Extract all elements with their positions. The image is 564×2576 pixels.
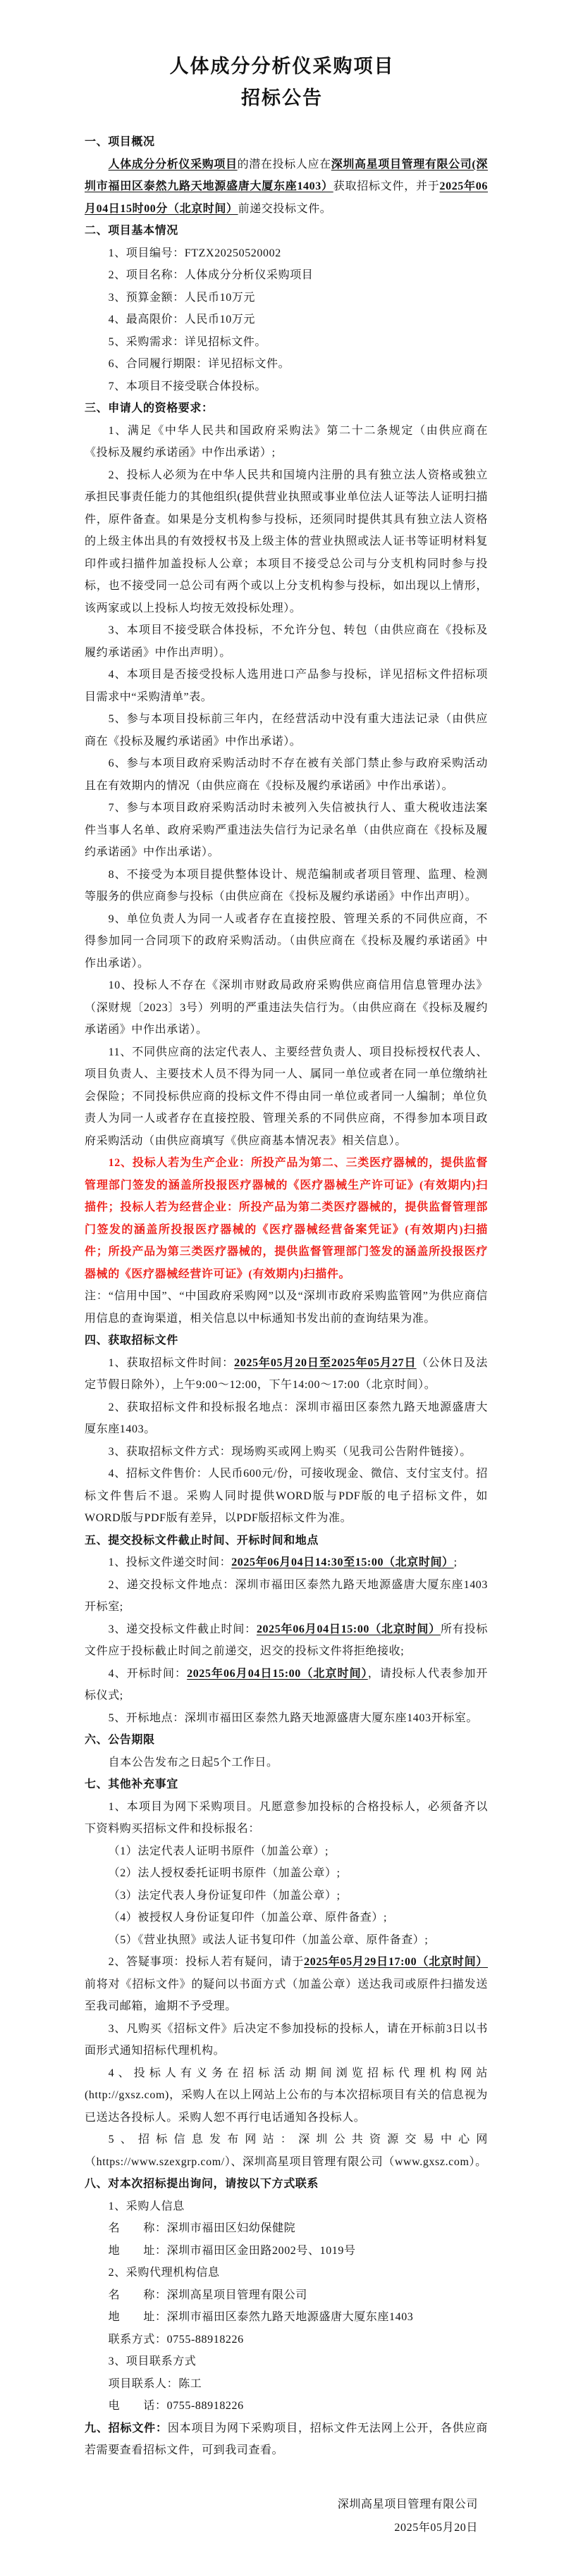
section-4-heading: 四、获取招标文件	[85, 1330, 488, 1352]
list-item: （5）《营业执照》或法人证书复印件（加盖公章、原件备查）;	[85, 1929, 488, 1952]
text-run: 获取招标文件，并于	[333, 180, 440, 192]
signature-block: 深圳高星项目管理有限公司 2025年05月20日	[0, 2493, 564, 2539]
purchaser-name: 名 称：深圳市福田区妇幼保健院	[85, 2217, 488, 2240]
paragraph: 2、投标人必须为在中华人民共和国境内注册的具有独立法人资格或独立承担民事责任能力…	[85, 464, 488, 620]
paragraph: 1、项目编号：FTZX20250520002	[85, 242, 488, 265]
section-2-heading: 二、项目基本情况	[85, 220, 488, 242]
paragraph: 9、单位负责人为同一人或者存在直接控股、管理关系的不同供应商，不得参加同一合同项…	[85, 908, 488, 975]
paragraph: 3、凡购买《招标文件》后决定不参加投标的投标人，请在开标前3日以书面形式通知招标…	[85, 2018, 488, 2062]
document-title: 人体成分分析仪采购项目 招标公告	[0, 0, 564, 114]
paragraph: 3、预算金额：人民币10万元	[85, 287, 488, 309]
text-run: 1、投标文件递交时间：	[109, 1556, 232, 1568]
list-item: （2）法人授权委托证明书原件（加盖公章）;	[85, 1862, 488, 1885]
text-run: 人体成分分析仪采购项目	[109, 159, 238, 171]
paragraph: 2、递交投标文件地点：深圳市福田区泰然九路天地源盛唐大厦东座1403开标室;	[85, 1574, 488, 1618]
text-run: 3、递交投标文件截止时间：	[109, 1623, 257, 1635]
text-run: 前将对《招标文件》的疑问以书面方式（加盖公章）送达我司或原件扫描发送至我司邮箱，…	[85, 1979, 488, 2013]
paragraph: 3、本项目不接受联合体投标，不允许分包、转包（由供应商在《投标及履约承诺函》中作…	[85, 619, 488, 664]
text-run: 前递交投标文件。	[238, 203, 332, 215]
text-run: 2025年06月04日14:30至15:00（北京时间）	[231, 1556, 453, 1568]
paragraph: 1、获取招标文件时间：2025年05月20日至2025年05月27日（公休日及法…	[85, 1352, 488, 1397]
title-line-1: 人体成分分析仪采购项目	[0, 51, 564, 82]
paragraph: 5、招标信息发布网站：深圳公共资源交易中心网（https://www.szexg…	[85, 2129, 488, 2173]
agency-phone: 联系方式：0755-88918226	[85, 2329, 488, 2351]
list-item: （3）法定代表人身份证复印件（加盖公章）;	[85, 1885, 488, 1907]
signature-org: 深圳高星项目管理有限公司	[0, 2493, 478, 2516]
purchaser-address: 地 址：深圳市福田区金田路2002号、1019号	[85, 2240, 488, 2262]
title-line-2: 招标公告	[0, 82, 564, 114]
paragraph: 6、合同履行期限：详见招标文件。	[85, 353, 488, 376]
text-run: 2025年06月04日15:00（北京时间）	[257, 1623, 441, 1635]
section-9-paragraph: 九、招标文件：因本项目为网下采购项目，招标文件无法网上公开，各供应商若需要查看招…	[85, 2417, 488, 2462]
agency-address: 地 址：深圳市福田区泰然九路天地源盛唐大厦东座1403	[85, 2306, 488, 2329]
project-contact-label: 3、项目联系方式	[85, 2351, 488, 2373]
section-9-heading: 九、招标文件：	[85, 2422, 168, 2434]
list-item: （4）被授权人身份证复印件（加盖公章、原件备查）;	[85, 1907, 488, 1929]
agency-name: 名 称：深圳高星项目管理有限公司	[85, 2284, 488, 2307]
credit-info-note: 注：“信用中国”、“中国政府采购网”以及“深圳市政府采购监管网”为供应商信用信息…	[85, 1285, 488, 1330]
section-8-heading: 八、对本次招标提出询问，请按以下方式联系	[85, 2173, 488, 2196]
paragraph: 2、答疑事项：投标人若有疑问，请于2025年05月29日17:00（北京时间）前…	[85, 1951, 488, 2018]
paragraph: 8、不接受为本项目提供整体设计、规范编制或者项目管理、监理、检测等服务的供应商参…	[85, 864, 488, 908]
paragraph: 5、开标地点：深圳市福田区泰然九路天地源盛唐大厦东座1403开标室。	[85, 1707, 488, 1730]
paragraph: 5、参与本项目投标前三年内，在经营活动中没有重大违法记录（由供应商在《投标及履约…	[85, 708, 488, 753]
section-7-heading: 七、其他补充事宜	[85, 1773, 488, 1796]
paragraph: 1、投标文件递交时间：2025年06月04日14:30至15:00（北京时间）;	[85, 1552, 488, 1574]
paragraph: 7、本项目不接受联合体投标。	[85, 376, 488, 398]
paragraph: 6、参与本项目政府采购活动时不存在被有关部门禁止参与政府采购活动且在有效期内的情…	[85, 753, 488, 797]
paragraph: 4、最高限价：人民币10万元	[85, 309, 488, 331]
paragraph: 4、招标文件售价：人民币600元/份，可接收现金、微信、支付宝支付。招标文件售后…	[85, 1463, 488, 1530]
paragraph: 2、获取招标文件和投标报名地点：深圳市福田区泰然九路天地源盛唐大厦东座1403。	[85, 1397, 488, 1441]
medical-device-license-requirement: 12、投标人若为生产企业：所投产品为第二、三类医疗器械的，提供监督管理部门签发的…	[85, 1152, 488, 1285]
signature-date: 2025年05月20日	[0, 2516, 478, 2539]
paragraph: 5、采购需求：详见招标文件。	[85, 331, 488, 354]
paragraph: 1、满足《中华人民共和国政府采购法》第二十二条规定（由供应商在《投标及履约承诺函…	[85, 420, 488, 464]
text-run: 2025年05月29日17:00（北京时间）	[304, 1956, 488, 1968]
section-5-heading: 五、提交投标文件截止时间、开标时间和地点	[85, 1530, 488, 1552]
paragraph: 7、参与本项目政府采购活动时未被列入失信被执行人、重大税收违法案件当事人名单、政…	[85, 797, 488, 864]
paragraph: 4、本项目是否接受投标人选用进口产品参与投标，详见招标文件招标项目需求中“采购清…	[85, 664, 488, 708]
paragraph: 1、本项目为网下采购项目。凡愿意参加投标的合格投标人，必须备齐以下资料购买招标文…	[85, 1796, 488, 1840]
text-run: 4、开标时间：	[109, 1668, 188, 1680]
section-3-heading: 三、申请人的资格要求：	[85, 397, 488, 420]
text-run: 2、答疑事项：投标人若有疑问，请于	[109, 1956, 305, 1968]
paragraph: 10、投标人不存在《深圳市财政局政府采购供应商信用信息管理办法》（深财规〔202…	[85, 974, 488, 1041]
section-6-heading: 六、公告期限	[85, 1729, 488, 1752]
text-run-red: 12、投标人若为生产企业：所投产品为第二、三类医疗器械的，提供监督管理部门签发的…	[85, 1157, 488, 1280]
text-run: 1、获取招标文件时间：	[109, 1357, 235, 1369]
paragraph: 4、投标人有义务在招标活动期间浏览招标代理机构网站(http://gxsz.co…	[85, 2062, 488, 2129]
text-run: ;	[454, 1556, 458, 1568]
paragraph: 自本公告发布之日起5个工作日。	[85, 1752, 488, 1774]
text-run: 2025年05月20日至2025年05月27日	[234, 1357, 416, 1369]
section-1-paragraph: 人体成分分析仪采购项目的潜在投标人应在深圳高星项目管理有限公司(深圳市福田区泰然…	[85, 154, 488, 221]
text-run: 2025年06月04日15:00（北京时间）	[187, 1668, 368, 1680]
section-1-heading: 一、项目概况	[85, 131, 488, 154]
paragraph: 11、不同供应商的法定代表人、主要经营负责人、项目投标授权代表人、项目负责人、主…	[85, 1041, 488, 1153]
paragraph: 3、获取招标文件方式：现场购买或网上购买（见我司公告附件链接）。	[85, 1441, 488, 1463]
paragraph: 3、递交投标文件截止时间：2025年06月04日15:00（北京时间）所有投标文…	[85, 1618, 488, 1663]
project-contact-phone: 电 话：0755-88918226	[85, 2395, 488, 2417]
list-item: （1）法定代表人证明书原件（加盖公章）;	[85, 1840, 488, 1863]
document-page: 人体成分分析仪采购项目 招标公告 一、项目概况 人体成分分析仪采购项目的潜在投标…	[0, 0, 564, 2539]
purchaser-info-label: 1、采购人信息	[85, 2196, 488, 2218]
agency-info-label: 2、采购代理机构信息	[85, 2262, 488, 2284]
document-body: 一、项目概况 人体成分分析仪采购项目的潜在投标人应在深圳高星项目管理有限公司(深…	[0, 131, 564, 2462]
paragraph: 2、项目名称：人体成分分析仪采购项目	[85, 264, 488, 287]
paragraph: 4、开标时间：2025年06月04日15:00（北京时间），请投标人代表参加开标…	[85, 1663, 488, 1707]
text-run: 的潜在投标人应在	[238, 159, 331, 171]
project-contact-person: 项目联系人：陈工	[85, 2373, 488, 2396]
